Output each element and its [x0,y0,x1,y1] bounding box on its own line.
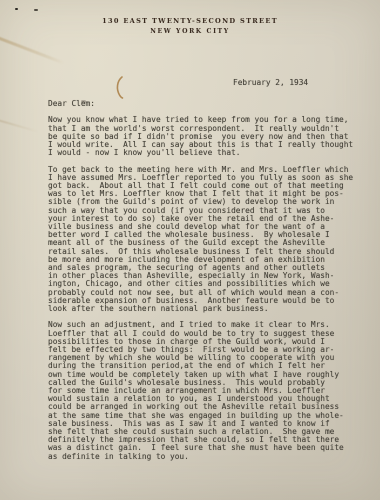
letterhead-address: 130 EAST TWENTY-SECOND STREET [0,17,380,26]
pencil-mark-icon [112,75,128,101]
salutation: Dear Clem: [48,100,364,108]
date-line: February 2, 1934 [233,79,308,87]
paragraph-1: Now you know what I have tried to keep f… [48,116,364,157]
paragraph-3: Now such an adjustment, and I tried to m… [48,321,364,460]
paper-speck [34,9,38,11]
letterhead: 130 EAST TWENTY-SECOND STREET NEW YORK C… [0,17,380,37]
letterhead-city: NEW YORK CITY [0,26,380,37]
scanned-letter-page: 130 EAST TWENTY-SECOND STREET NEW YORK C… [0,0,380,500]
letter-body: Dear Clem: Now you know what I have trie… [48,100,364,469]
paper-speck [15,8,18,10]
paragraph-2: To get back to the meeting here with Mr.… [48,166,364,314]
paper-crease [0,34,65,65]
paper-crease [0,118,38,133]
